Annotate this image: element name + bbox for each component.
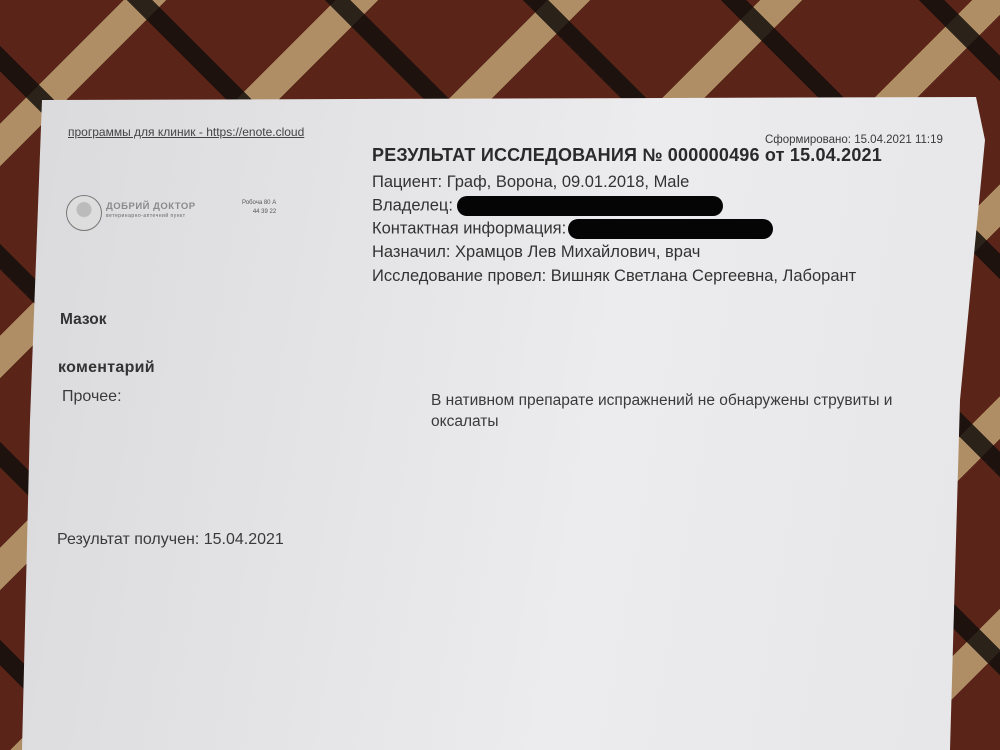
owner-row: Владелец: <box>372 196 723 216</box>
clinic-software-link[interactable]: программы для клиник - https://enote.clo… <box>68 125 304 139</box>
performed-by: Исследование провел: Вишняк Светлана Сер… <box>372 267 856 286</box>
contact-row: Контактная информация: <box>372 219 773 239</box>
owner-redaction <box>457 196 723 216</box>
field-value-other: В нативном препарате испражнений не обна… <box>431 390 901 432</box>
clinic-logo-icon <box>66 195 102 231</box>
clinic-contact: Робоча 80 А 44 39 22 <box>242 199 276 217</box>
contact-label: Контактная информация: <box>372 219 566 237</box>
owner-label: Владелец: <box>372 196 453 214</box>
clinic-name: ДОБРИЙ ДОКТОР <box>106 201 196 212</box>
clinic-phone: 44 39 22 <box>242 208 276 217</box>
contact-redaction <box>568 219 773 239</box>
assigned-by: Назначил: Храмцов Лев Михайлович, врач <box>372 243 700 262</box>
clinic-address: Робоча 80 А <box>242 199 276 208</box>
patient-info: Пациент: Граф, Ворона, 09.01.2018, Male <box>372 173 689 192</box>
clinic-subtitle: ветеринарно-аптечний пункт <box>106 213 186 219</box>
section-title: Мазок <box>60 311 106 329</box>
clinic-logo: ДОБРИЙ ДОКТОР ветеринарно-аптечний пункт… <box>66 193 276 233</box>
field-label-other: Прочее: <box>62 388 122 406</box>
report-title: РЕЗУЛЬТАТ ИССЛЕДОВАНИЯ № 000000496 от 15… <box>372 145 882 166</box>
result-received-date: Результат получен: 15.04.2021 <box>57 531 284 549</box>
document-page: программы для клиник - https://enote.clo… <box>0 0 1000 750</box>
comment-heading: коментарий <box>58 359 155 377</box>
